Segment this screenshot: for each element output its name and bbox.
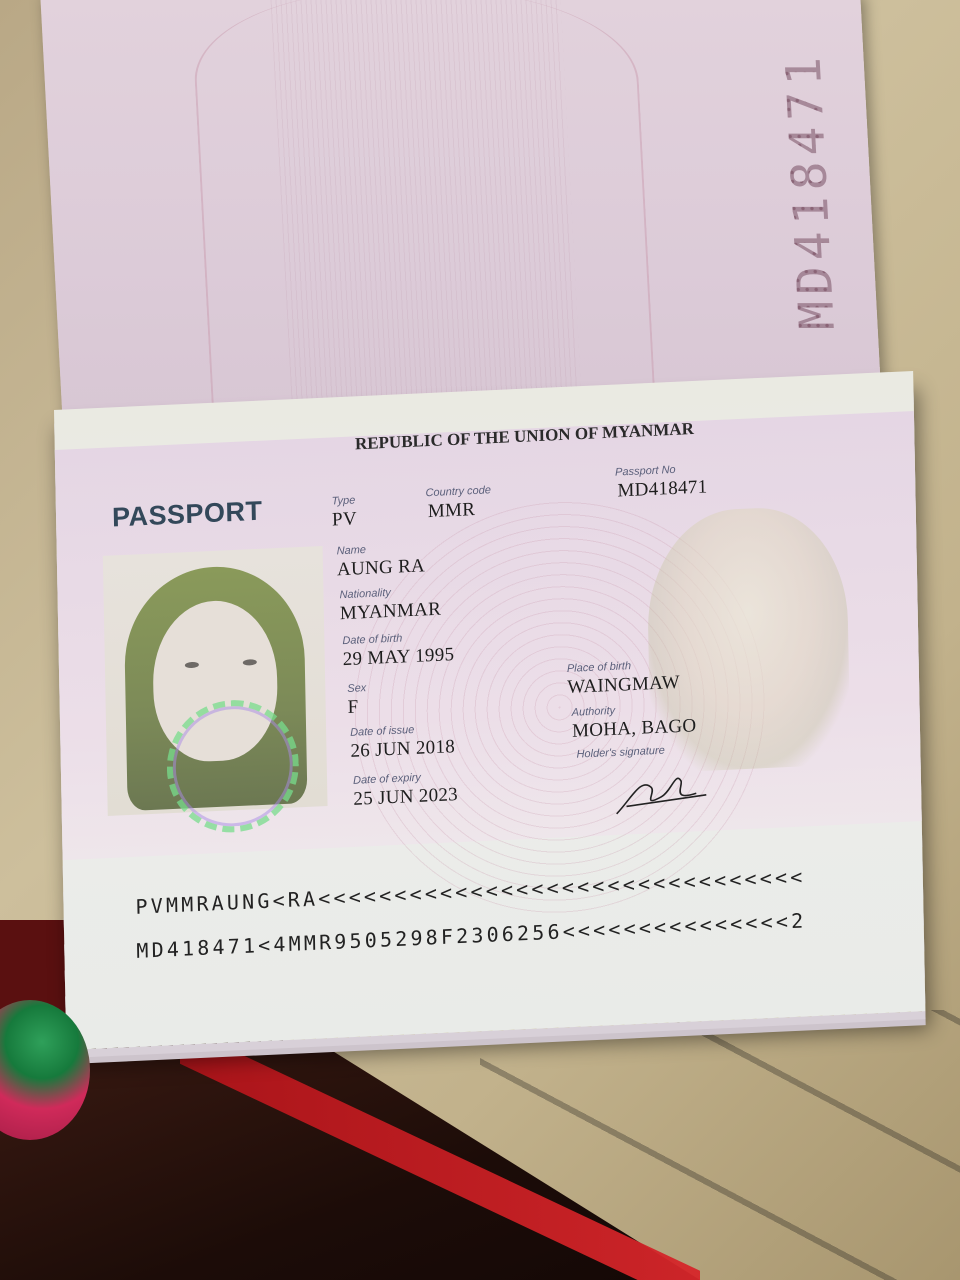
country-code-value: MMR — [428, 499, 476, 523]
type-label: Type — [332, 494, 356, 507]
sex-value: F — [347, 696, 358, 718]
signature-icon — [611, 765, 712, 820]
authority-label: Authority — [572, 705, 616, 719]
perforated-passport-number: MD418471 — [773, 0, 850, 330]
name-value: AUNG RA — [337, 555, 425, 581]
holder-photo — [103, 546, 328, 816]
passport-data-page: REPUBLIC OF THE UNION OF MYANMAR PASSPOR… — [54, 371, 925, 1050]
nationality-label: Nationality — [339, 587, 391, 601]
passport-no-value: MD418471 — [617, 476, 707, 502]
type-value: PV — [332, 508, 357, 531]
mrz-line-2: MD418471<4MMR9505298F2306256<<<<<<<<<<<<… — [136, 908, 806, 962]
nationality-value: MYANMAR — [340, 599, 442, 626]
sex-label: Sex — [347, 682, 366, 695]
name-label: Name — [337, 544, 367, 557]
page-wave-pattern — [190, 0, 658, 450]
